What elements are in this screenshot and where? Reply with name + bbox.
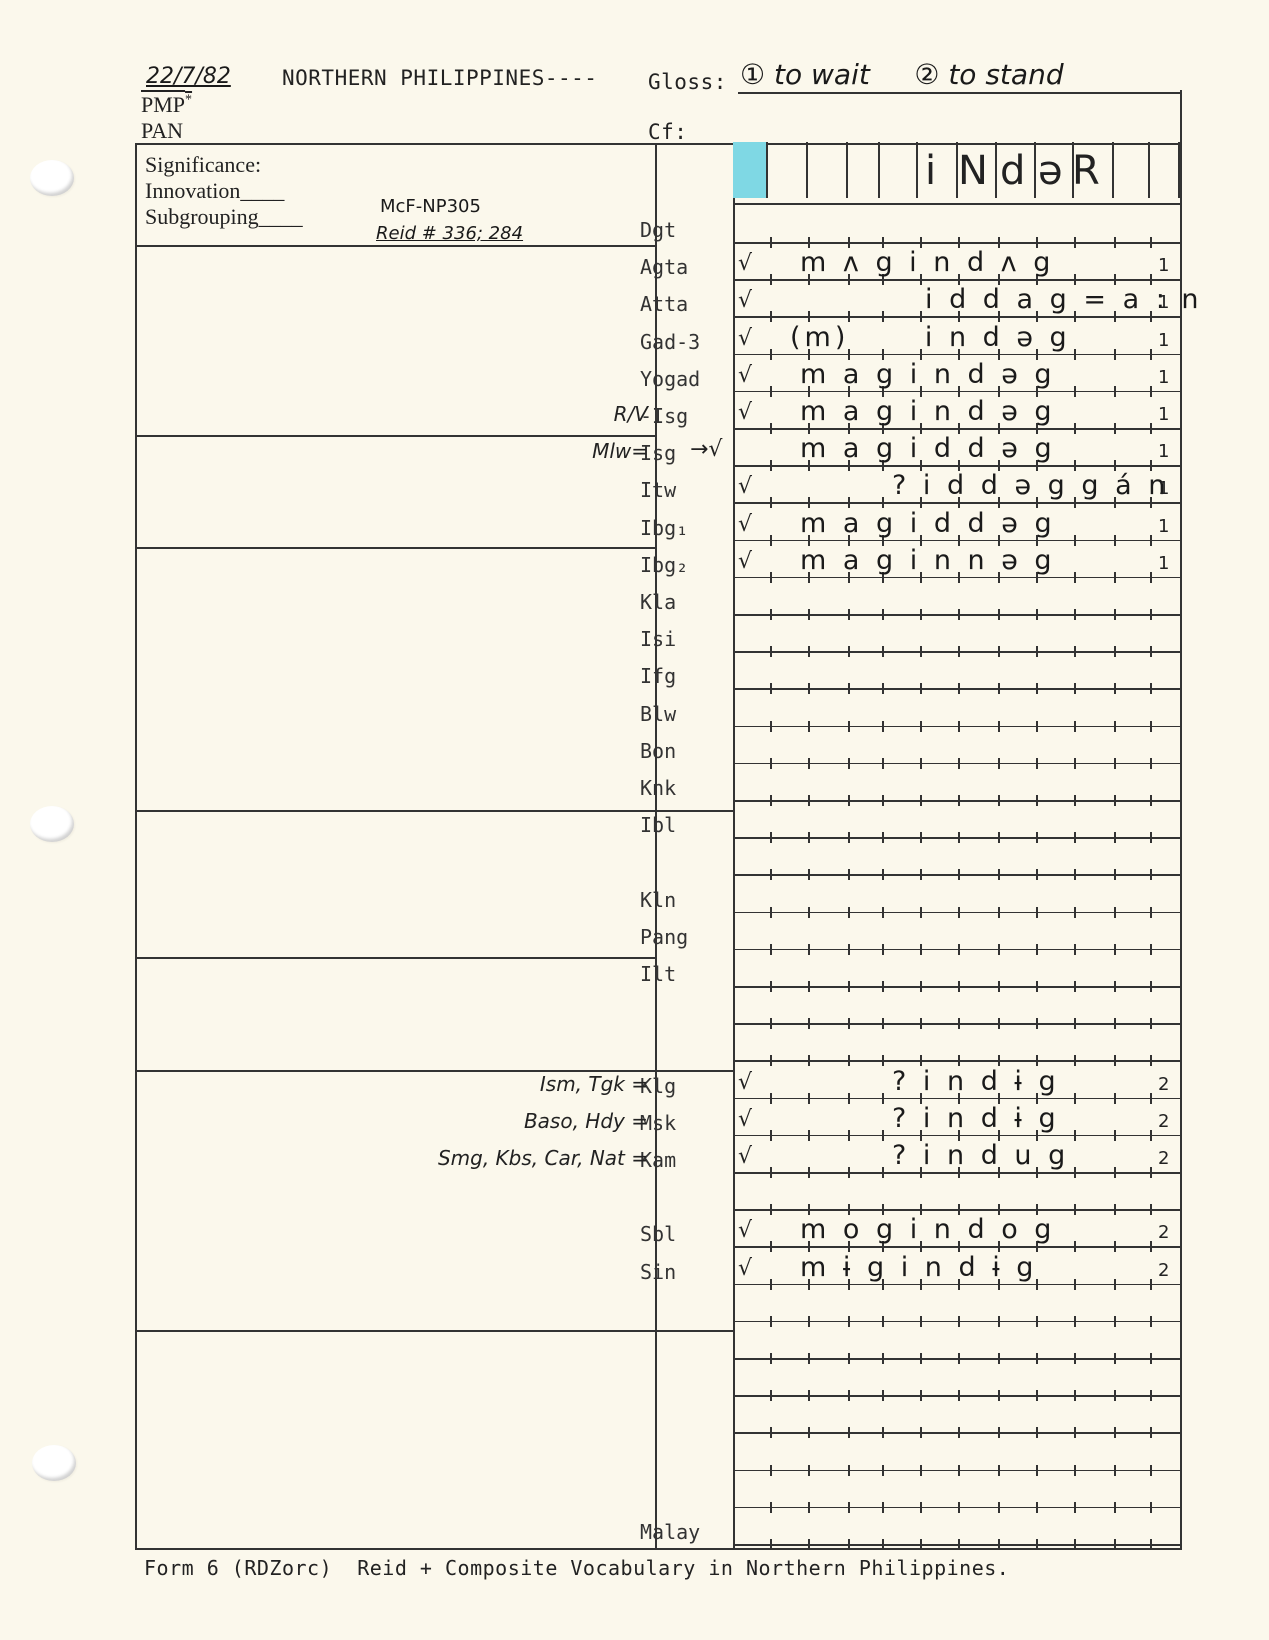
reid-note: Reid # 336; 284	[376, 223, 523, 244]
grid-tick	[770, 832, 772, 843]
significance-divider	[135, 245, 655, 247]
grid-tick	[808, 869, 810, 880]
language-label: Agta	[640, 255, 710, 279]
binder-hole-top	[30, 160, 74, 196]
grid-tick	[882, 646, 884, 657]
grid-tick	[1074, 721, 1076, 732]
grid-tick	[770, 1093, 772, 1104]
grid-tick	[770, 1427, 772, 1438]
grid-tick	[848, 1353, 850, 1364]
grid-tick	[808, 832, 810, 843]
grid-tick	[770, 237, 772, 248]
cognate-form: m ʌ g i n d ʌ g	[800, 247, 1200, 278]
grid-tick	[808, 907, 810, 918]
grid-tick	[770, 311, 772, 322]
grid-tick	[958, 944, 960, 955]
grid-tick	[882, 869, 884, 880]
grid-tick	[770, 1241, 772, 1252]
grid-tick	[1074, 1539, 1076, 1550]
grid-tick	[882, 1502, 884, 1513]
language-label: Klg	[640, 1074, 710, 1098]
grid-tick	[1114, 683, 1116, 694]
language-label: Atta	[640, 292, 710, 316]
grid-tick	[1036, 1465, 1038, 1476]
grid-tick	[1114, 721, 1116, 732]
language-prefix: Smg, Kbs, Car, Nat =	[438, 1146, 648, 1170]
frame-left	[135, 143, 137, 1550]
grid-tick	[770, 721, 772, 732]
language-prefix: Ism, Tgk =	[540, 1072, 648, 1096]
grid-tick	[882, 1093, 884, 1104]
grid-tick	[920, 981, 922, 992]
check-mark: √	[738, 549, 752, 574]
cognate-set-number: 1	[1158, 553, 1229, 574]
grid-tick	[998, 1316, 1000, 1327]
cognate-set-number: 1	[1158, 367, 1229, 388]
grid-tick	[882, 1316, 884, 1327]
grid-tick	[882, 683, 884, 694]
grid-tick	[1150, 1539, 1152, 1550]
check-mark: √	[738, 288, 752, 313]
grid-tick	[1074, 683, 1076, 694]
grid-tick	[1036, 1427, 1038, 1438]
grid-tick	[958, 721, 960, 732]
reconstruction-cell	[808, 142, 848, 198]
grid-tick	[770, 349, 772, 360]
grid-tick	[920, 869, 922, 880]
check-mark: √	[738, 1218, 752, 1243]
reconstruction-segment: ə	[1038, 148, 1063, 194]
grid-tick	[998, 795, 1000, 806]
grid-tick	[1150, 981, 1152, 992]
check-mark: √	[738, 1070, 752, 1095]
grid-tick	[882, 1055, 884, 1066]
grid-tick	[770, 1353, 772, 1364]
grid-tick	[1150, 869, 1152, 880]
grid-tick	[998, 981, 1000, 992]
cognate-form: m a g i n n ə g	[800, 545, 1200, 576]
grid-tick	[882, 1018, 884, 1029]
grid-tick	[808, 795, 810, 806]
grid-tick	[1036, 721, 1038, 732]
grid-tick	[1150, 832, 1152, 843]
grid-tick	[1114, 1465, 1116, 1476]
grid-tick	[770, 572, 772, 583]
cognate-form: m a g i d d ə g	[800, 433, 1200, 464]
check-mark: √	[738, 326, 752, 351]
reconstruction-cell	[1150, 142, 1180, 198]
reconstruction-cell	[768, 142, 808, 198]
grid-tick	[1114, 795, 1116, 806]
grid-tick	[882, 1465, 884, 1476]
grid-tick	[998, 869, 1000, 880]
cf-label: Cf:	[648, 120, 687, 144]
grid-tick	[770, 1390, 772, 1401]
language-label: Blw	[640, 702, 710, 726]
grid-tick	[1074, 1316, 1076, 1327]
grid-tick	[808, 1502, 810, 1513]
grid-tick	[882, 832, 884, 843]
gloss-underline	[738, 92, 1182, 94]
grid-tick	[1150, 1353, 1152, 1364]
grid-tick	[1114, 1316, 1116, 1327]
grid-tick	[958, 1502, 960, 1513]
significance-block: Significance: Innovation____ Subgrouping…	[145, 152, 303, 230]
grid-tick	[958, 1018, 960, 1029]
grid-tick	[808, 721, 810, 732]
grid-tick	[1150, 721, 1152, 732]
grid-tick	[998, 1539, 1000, 1550]
section-divider-4	[135, 957, 655, 959]
grid-tick	[1074, 907, 1076, 918]
grid-tick	[882, 981, 884, 992]
cognate-form: m a g i n d ə g	[800, 396, 1200, 427]
language-label: Pang	[640, 925, 710, 949]
language-label: Ilt	[640, 962, 710, 986]
grid-tick	[920, 944, 922, 955]
grid-tick	[770, 386, 772, 397]
grid-tick	[920, 1353, 922, 1364]
grid-tick	[1074, 646, 1076, 657]
grid-tick	[958, 869, 960, 880]
grid-tick	[998, 832, 1000, 843]
cognate-set-number: 1	[1158, 441, 1229, 462]
subgrouping-field[interactable]: Subgrouping____	[145, 204, 303, 230]
grid-tick	[808, 609, 810, 620]
grid-tick	[770, 869, 772, 880]
binder-hole-middle	[30, 806, 74, 842]
section-divider-3	[135, 810, 733, 812]
grid-tick	[848, 609, 850, 620]
grid-tick	[770, 497, 772, 508]
cognate-form: m a g i n d ə g	[800, 359, 1200, 390]
grid-tick	[848, 1390, 850, 1401]
grid-tick	[1150, 758, 1152, 769]
grid-tick	[998, 1018, 1000, 1029]
grid-tick	[998, 1502, 1000, 1513]
grid-tick	[808, 683, 810, 694]
language-label: Ibg₂	[640, 553, 710, 577]
grid-tick	[1074, 981, 1076, 992]
grid-tick	[770, 460, 772, 471]
language-prefix: R/V	[614, 402, 648, 426]
grid-tick	[920, 832, 922, 843]
grid-tick	[1036, 869, 1038, 880]
grid-tick	[920, 609, 922, 620]
grid-tick	[920, 795, 922, 806]
grid-tick	[848, 795, 850, 806]
grid-tick	[848, 1316, 850, 1327]
gloss-value: ① to wait ② to stand	[740, 58, 1064, 91]
grid-tick	[808, 1316, 810, 1327]
language-label: Kln	[640, 888, 710, 912]
grid-tick	[882, 1390, 884, 1401]
grid-tick	[770, 1130, 772, 1141]
section-divider-6	[135, 1330, 733, 1332]
grid-tick	[958, 907, 960, 918]
region-title: NORTHERN PHILIPPINES----	[282, 66, 597, 90]
grid-tick	[1150, 944, 1152, 955]
grid-tick	[848, 832, 850, 843]
grid-tick	[848, 907, 850, 918]
language-label: Msk	[640, 1111, 710, 1135]
significance-title: Significance:	[145, 152, 303, 178]
grid-tick	[848, 1093, 850, 1104]
language-label: Bon	[640, 739, 710, 763]
grid-tick	[882, 1353, 884, 1364]
grid-tick	[958, 683, 960, 694]
grid-tick	[1074, 1353, 1076, 1364]
grid-tick	[770, 1465, 772, 1476]
grid-tick	[1114, 609, 1116, 620]
grid-tick	[1074, 1502, 1076, 1513]
grid-tick	[1114, 646, 1116, 657]
form-footer: Form 6 (RDZorc) Reid + Composite Vocabul…	[144, 1556, 1009, 1580]
grid-tick	[770, 683, 772, 694]
grid-tick	[848, 869, 850, 880]
innovation-field[interactable]: Innovation____	[145, 178, 303, 204]
reconstruction-segment: d	[1000, 148, 1025, 194]
grid-tick	[998, 1427, 1000, 1438]
grid-tick	[920, 1502, 922, 1513]
grid-tick	[958, 646, 960, 657]
grid-tick	[848, 981, 850, 992]
grid-tick	[808, 1055, 810, 1066]
reconstruction-cell	[848, 142, 880, 198]
grid-tick	[808, 1427, 810, 1438]
grid-tick	[848, 1465, 850, 1476]
grid-tick	[920, 721, 922, 732]
grid-tick	[1074, 1018, 1076, 1029]
grid-tick	[770, 1018, 772, 1029]
grid-tick	[882, 795, 884, 806]
grid-tick	[920, 683, 922, 694]
language-label: Ibg₁	[640, 516, 710, 540]
grid-tick	[808, 1353, 810, 1364]
grid-tick	[770, 423, 772, 434]
gloss-label: Gloss:	[648, 70, 727, 94]
grid-tick	[1150, 907, 1152, 918]
grid-tick	[770, 1055, 772, 1066]
grid-tick	[1036, 646, 1038, 657]
grid-tick	[848, 646, 850, 657]
cognate-form: (m) i n d ə g	[790, 322, 1190, 353]
grid-tick	[770, 535, 772, 546]
grid-tick	[808, 1130, 810, 1141]
language-column-divider	[655, 143, 657, 1548]
grid-tick	[920, 1316, 922, 1327]
reconstruction-bottom-line	[733, 203, 1181, 205]
grid-tick	[808, 646, 810, 657]
grid-tick	[1036, 683, 1038, 694]
grid-tick	[1114, 1353, 1116, 1364]
grid-tick	[848, 1427, 850, 1438]
grid-tick	[920, 1465, 922, 1476]
grid-tick	[1036, 832, 1038, 843]
grid-tick	[998, 1465, 1000, 1476]
check-mark: √	[738, 1144, 752, 1169]
language-label: Dgt	[640, 218, 710, 242]
grid-tick	[998, 907, 1000, 918]
grid-tick	[848, 721, 850, 732]
grid-tick	[848, 1130, 850, 1141]
cognate-form: m a g i d d ə g	[800, 508, 1200, 539]
grid-tick	[1036, 1539, 1038, 1550]
cognate-form: m ɨ g i n d ɨ g	[800, 1252, 1200, 1283]
grid-tick	[808, 1539, 810, 1550]
grid-tick	[1150, 795, 1152, 806]
grid-tick	[848, 758, 850, 769]
grid-tick	[808, 1018, 810, 1029]
language-label: Knk	[640, 776, 710, 800]
language-label: Ifg	[640, 664, 710, 688]
grid-tick	[958, 1353, 960, 1364]
language-label: Gad-3	[640, 330, 710, 354]
grid-tick	[848, 683, 850, 694]
frame-bottom	[135, 1548, 1181, 1550]
grid-tick	[770, 1539, 772, 1550]
grid-tick	[1036, 795, 1038, 806]
grid-tick	[920, 646, 922, 657]
reconstruction-cell	[1114, 142, 1150, 198]
cognate-set-number: 2	[1158, 1222, 1229, 1243]
cognate-set-number: 1	[1158, 478, 1229, 499]
grid-tick	[1036, 907, 1038, 918]
grid-tick	[770, 1167, 772, 1178]
grid-tick	[882, 1539, 884, 1550]
grid-tick	[1114, 1502, 1116, 1513]
grid-tick	[1074, 832, 1076, 843]
grid-tick	[1150, 1427, 1152, 1438]
cognate-set-number: 2	[1158, 1111, 1229, 1132]
grid-tick	[1036, 944, 1038, 955]
check-mark: √	[738, 251, 752, 276]
grid-tick	[770, 758, 772, 769]
grid-tick	[770, 1502, 772, 1513]
grid-tick	[1150, 683, 1152, 694]
grid-tick	[1114, 1018, 1116, 1029]
reconstruction-segment: N	[958, 148, 988, 194]
date: 22/7/82	[146, 64, 231, 89]
grid-tick	[882, 1130, 884, 1141]
grid-tick	[770, 795, 772, 806]
grid-tick	[1074, 795, 1076, 806]
language-label: Sin	[640, 1260, 710, 1284]
grid-tick	[1036, 1316, 1038, 1327]
check-mark: √	[738, 363, 752, 388]
grid-tick	[998, 683, 1000, 694]
grid-tick	[848, 1502, 850, 1513]
grid-tick	[1036, 1502, 1038, 1513]
pan-label: PAN	[141, 118, 183, 144]
grid-tick	[808, 758, 810, 769]
grid-tick	[1150, 1465, 1152, 1476]
cognate-set-number: 1	[1158, 516, 1229, 537]
section-divider-1	[135, 435, 655, 437]
language-prefix: Baso, Hdy =	[524, 1109, 648, 1133]
grid-tick	[1036, 609, 1038, 620]
grid-tick	[808, 981, 810, 992]
grid-tick	[920, 1539, 922, 1550]
cognate-set-number: 2	[1158, 1148, 1229, 1169]
grid-tick	[1074, 1465, 1076, 1476]
language-label: Kla	[640, 590, 710, 614]
grid-tick	[958, 1465, 960, 1476]
cognate-set-number: 2	[1158, 1074, 1229, 1095]
language-label: Itw	[640, 478, 710, 502]
grid-tick	[1114, 1390, 1116, 1401]
language-label: Yogad	[640, 367, 710, 391]
cognate-set-number: 1	[1158, 404, 1229, 425]
grid-tick	[1036, 1390, 1038, 1401]
grid-tick	[882, 907, 884, 918]
grid-tick	[1114, 981, 1116, 992]
cognate-form: m o g i n d o g	[800, 1214, 1200, 1245]
grid-tick	[958, 609, 960, 620]
grid-tick	[848, 1167, 850, 1178]
language-label: Isi	[640, 627, 710, 651]
grid-tick	[770, 907, 772, 918]
grid-tick	[920, 907, 922, 918]
check-mark: √	[738, 1256, 752, 1281]
grid-tick	[770, 274, 772, 285]
grid-tick	[958, 1316, 960, 1327]
grid-tick	[848, 944, 850, 955]
grid-tick	[848, 1539, 850, 1550]
grid-tick	[770, 609, 772, 620]
grid-tick	[998, 944, 1000, 955]
grid-tick	[1150, 1390, 1152, 1401]
grid-tick	[1114, 832, 1116, 843]
grid-tick	[1074, 758, 1076, 769]
section-divider-2	[135, 547, 655, 549]
grid-tick	[1114, 1427, 1116, 1438]
grid-tick	[882, 758, 884, 769]
grid-tick	[1114, 944, 1116, 955]
cognate-set-number: 2	[1158, 1260, 1229, 1281]
grid-tick	[882, 609, 884, 620]
grid-tick	[770, 1316, 772, 1327]
grid-tick	[958, 795, 960, 806]
binder-hole-bottom	[32, 1445, 76, 1481]
grid-tick	[1074, 869, 1076, 880]
grid-tick	[998, 609, 1000, 620]
grid-tick	[848, 1018, 850, 1029]
cognate-set-number: 1	[1158, 292, 1229, 313]
grid-tick	[958, 832, 960, 843]
reconstruction-segment: R	[1072, 148, 1100, 194]
grid-tick	[958, 758, 960, 769]
grid-tick	[1036, 1018, 1038, 1029]
language-label: Kam	[640, 1148, 710, 1172]
grid-tick	[958, 1539, 960, 1550]
grid-tick	[770, 646, 772, 657]
grid-tick	[1036, 758, 1038, 769]
grid-tick	[920, 758, 922, 769]
mcf-note: McF-NP305	[380, 196, 481, 217]
language-prefix: Mlw=	[592, 439, 648, 463]
grid-tick	[920, 1018, 922, 1029]
grid-tick	[1150, 1502, 1152, 1513]
grid-tick	[1150, 609, 1152, 620]
grid-tick	[808, 944, 810, 955]
grid-tick	[770, 1279, 772, 1290]
grid-tick	[1036, 1353, 1038, 1364]
grid-tick	[920, 1427, 922, 1438]
grid-tick	[1114, 1539, 1116, 1550]
grid-tick	[1150, 646, 1152, 657]
grid-tick	[770, 981, 772, 992]
